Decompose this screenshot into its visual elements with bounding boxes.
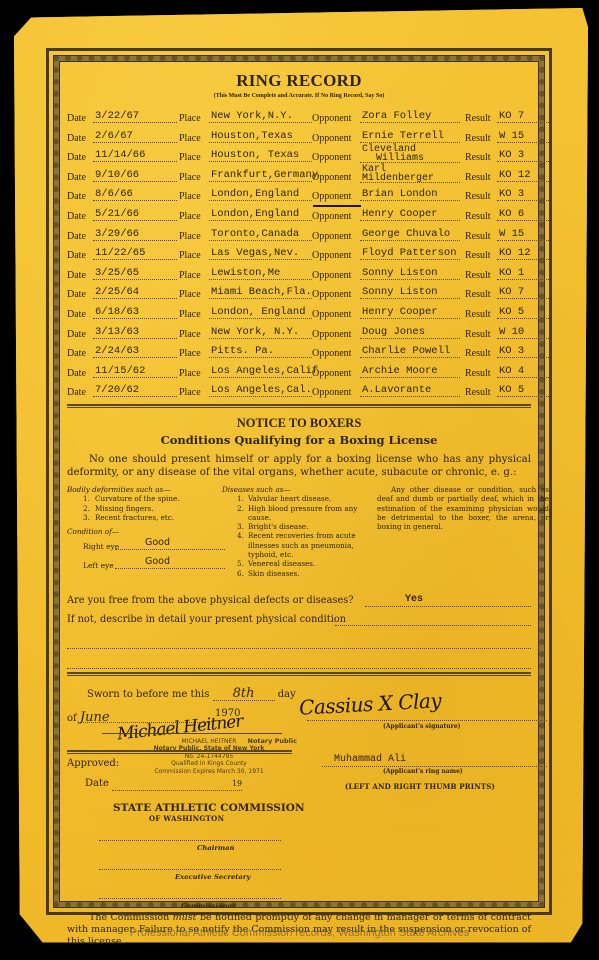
other-conditions-text: Any other disease or condition, such as …: [377, 485, 549, 531]
date-field[interactable]: 9/10/66: [93, 168, 177, 182]
place-field[interactable]: London,England: [209, 207, 312, 221]
ring-record-table: Date3/22/67PlaceNew York,N.Y.OpponentZor…: [67, 107, 531, 401]
opponent-field[interactable]: Sonny Liston: [360, 266, 460, 280]
table-row: Date2/24/63PlacePitts. Pa.OpponentCharli…: [67, 342, 531, 362]
decorative-border: RING RECORD (This Must Be Complete and A…: [46, 48, 552, 915]
table-row: Date3/25/65PlaceLewiston,MeOpponentSonny…: [67, 264, 531, 284]
list-item: 3.Recent fractures, etc.: [67, 513, 227, 522]
diseases-list: 1.Valvular heart disease. 2.High blood p…: [222, 494, 372, 578]
opponent-label: Opponent: [312, 329, 351, 340]
opponent-label: Opponent: [312, 172, 351, 183]
describe-condition-line-2[interactable]: [67, 629, 531, 649]
place-field[interactable]: Miami Beach,Fla.: [209, 285, 312, 299]
place-field[interactable]: Lewiston,Me: [209, 266, 312, 280]
diseases-heading: Diseases such as—: [222, 485, 372, 494]
page-title: RING RECORD: [67, 71, 531, 91]
list-item: 3.Bright's disease.: [222, 522, 372, 531]
place-label: Place: [179, 191, 201, 202]
opponent-field[interactable]: George Chuvalo: [360, 227, 460, 241]
result-label: Result: [465, 152, 491, 163]
result-label: Result: [465, 172, 491, 183]
place-field[interactable]: Los Angeles,Calif: [209, 364, 312, 378]
result-field[interactable]: KO 3: [497, 187, 549, 201]
place-field[interactable]: New York,N.Y.: [209, 109, 312, 123]
table-row: Date3/22/67PlaceNew York,N.Y.OpponentZor…: [67, 107, 531, 127]
place-field[interactable]: London, England: [209, 305, 312, 319]
opponent-label: Opponent: [312, 270, 351, 281]
opponent-label: Opponent: [312, 309, 351, 320]
table-row: Date2/6/67PlaceHouston,TexasOpponentErni…: [67, 127, 531, 147]
result-field[interactable]: W 15: [497, 129, 549, 143]
result-field[interactable]: KO 7: [497, 109, 549, 123]
commission-title: STATE ATHLETIC COMMISSION: [113, 802, 531, 814]
chairman-signature-line[interactable]: [99, 839, 281, 841]
opponent-field[interactable]: Brian London: [360, 187, 460, 201]
approved-label: Approved:: [67, 758, 119, 769]
applicant-signature-line[interactable]: [307, 720, 547, 721]
form-content: RING RECORD (This Must Be Complete and A…: [67, 65, 531, 902]
opponent-label: Opponent: [312, 289, 351, 300]
describe-condition-question: If not, describe in detail your present …: [67, 614, 346, 625]
table-row: Date3/13/63PlaceNew York, N.Y.OpponentDo…: [67, 323, 531, 343]
opponent-label: Opponent: [312, 211, 351, 222]
notary-signature-line: [102, 733, 282, 734]
date-field[interactable]: 3/13/63: [93, 325, 177, 339]
applicant-signature-caption: (Applicant's signature): [383, 723, 460, 730]
opponent-field[interactable]: Archie Moore: [360, 364, 460, 378]
executive-secretary-caption: Executive Secretary: [175, 873, 531, 881]
date-label: Date: [67, 348, 86, 359]
notary-stamp: Notary Public MICHAEL HEITNER Notary Pub…: [129, 738, 289, 775]
opponent-field[interactable]: A.Lavorante: [360, 383, 460, 397]
date-field[interactable]: 8/6/66: [93, 187, 177, 201]
place-label: Place: [179, 113, 201, 124]
free-from-defects-answer[interactable]: Yes: [365, 594, 531, 607]
date-label: Date: [67, 211, 86, 222]
table-row: Date11/15/62PlaceLos Angeles,CalifOppone…: [67, 362, 531, 382]
result-field[interactable]: KO 5: [497, 383, 549, 397]
place-label: Place: [179, 387, 201, 398]
opponent-field[interactable]: Sonny Liston: [360, 285, 460, 299]
section-divider: [67, 672, 531, 676]
describe-condition-field[interactable]: [335, 613, 531, 626]
date-field[interactable]: 11/14/66: [93, 148, 177, 162]
opponent-label: Opponent: [312, 152, 351, 163]
place-label: Place: [179, 250, 201, 261]
ink-strikethrough: [313, 205, 361, 207]
notice-intro: No one should present himself or apply f…: [67, 453, 531, 479]
list-item: 5.Venereal diseases.: [222, 559, 372, 568]
chairman-caption: Chairman: [197, 844, 531, 852]
opponent-label: Opponent: [312, 387, 351, 398]
date-field[interactable]: 5/21/66: [93, 207, 177, 221]
opponent-field[interactable]: Ernie Terrell: [360, 129, 460, 143]
table-row: Date2/25/64PlaceMiami Beach,Fla.Opponent…: [67, 283, 531, 303]
table-row: Date7/20/62PlaceLos Angeles,Cal.Opponent…: [67, 381, 531, 401]
place-label: Place: [179, 329, 201, 340]
executive-secretary-signature-line[interactable]: [99, 868, 281, 870]
sworn-line: Sworn to before me this 8th day: [87, 688, 296, 701]
deformities-list: 1.Curvature of the spine. 2.Missing fing…: [67, 494, 227, 522]
opponent-label: Opponent: [312, 348, 351, 359]
result-label: Result: [465, 329, 491, 340]
opponent-field[interactable]: Floyd Patterson: [360, 246, 460, 260]
page-subtitle: (This Must Be Complete and Accurate. If …: [67, 93, 531, 99]
table-row: Date5/21/66PlaceLondon,EnglandOpponentHe…: [67, 205, 531, 225]
opponent-field[interactable]: Henry Cooper: [360, 305, 460, 319]
place-field[interactable]: Frankfurt,Germany: [209, 168, 312, 182]
diseases-column: Diseases such as— 1.Valvular heart disea…: [222, 485, 372, 578]
date-label: Date: [67, 289, 86, 300]
right-eye-row: Right eye Good: [67, 538, 227, 553]
table-row: Date8/6/66PlaceLondon,EnglandOpponentBri…: [67, 185, 531, 205]
ring-name-caption: (Applicant's ring name): [383, 768, 463, 775]
result-label: Result: [465, 133, 491, 144]
result-label: Result: [465, 387, 491, 398]
result-label: Result: [465, 368, 491, 379]
date-field[interactable]: 2/24/63: [93, 344, 177, 358]
place-label: Place: [179, 270, 201, 281]
commissioner-caption: Commissioner: [181, 902, 531, 910]
result-label: Result: [465, 113, 491, 124]
date-field[interactable]: 2/6/67: [93, 129, 177, 143]
date-label: Date: [67, 191, 86, 202]
date-field[interactable]: 3/29/66: [93, 227, 177, 241]
list-item: 6.Skin diseases.: [222, 569, 372, 578]
result-label: Result: [465, 289, 491, 300]
date-label: Date: [67, 329, 86, 340]
result-label: Result: [465, 270, 491, 281]
left-eye-label: Left eye: [83, 561, 114, 570]
opponent-label: Opponent: [312, 250, 351, 261]
date-label: Date: [67, 387, 86, 398]
date-label: Date: [67, 133, 86, 144]
place-label: Place: [179, 211, 201, 222]
place-field[interactable]: Pitts. Pa.: [209, 344, 312, 358]
result-field[interactable]: KO 4: [497, 364, 549, 378]
applicant-signature: Cassius X Clay: [298, 688, 441, 719]
result-label: Result: [465, 211, 491, 222]
date-label: Date: [67, 309, 86, 320]
right-eye-field[interactable]: Good: [115, 538, 225, 550]
place-field[interactable]: Las Vegas,Nev.: [209, 246, 312, 260]
approval-date-field[interactable]: 19: [112, 779, 242, 791]
date-label: Date: [67, 231, 86, 242]
date-label: Date: [67, 270, 86, 281]
result-field[interactable]: KO 6: [497, 207, 549, 221]
date-label: Date: [67, 152, 86, 163]
place-label: Place: [179, 231, 201, 242]
result-field[interactable]: W 10: [497, 325, 549, 339]
date-label: Date: [67, 172, 86, 183]
place-field[interactable]: Houston,Texas: [209, 129, 312, 143]
opponent-label: Opponent: [312, 368, 351, 379]
place-label: Place: [179, 289, 201, 300]
date-label: Date: [67, 368, 86, 379]
table-row: Date6/18/63PlaceLondon, EnglandOpponentH…: [67, 303, 531, 323]
deformities-column: Bodily deformities such as— 1.Curvature …: [67, 485, 227, 572]
deformities-heading: Bodily deformities such as—: [67, 485, 227, 494]
table-row: Date11/22/65PlaceLas Vegas,Nev.OpponentF…: [67, 244, 531, 264]
free-from-defects-question: Are you free from the above physical def…: [67, 595, 354, 606]
result-label: Result: [465, 231, 491, 242]
result-label: Result: [465, 250, 491, 261]
opponent-label: Opponent: [312, 113, 351, 124]
commission-block: STATE ATHLETIC COMMISSION OF WASHINGTON …: [67, 802, 531, 910]
commission-subtitle: OF WASHINGTON: [149, 814, 531, 823]
table-row: Date3/29/66PlaceToronto,CanadaOpponentGe…: [67, 225, 531, 245]
date-field[interactable]: 3/25/65: [93, 266, 177, 280]
describe-condition-row: If not, describe in detail your present …: [67, 610, 531, 629]
notice-subheading: Conditions Qualifying for a Boxing Licen…: [67, 433, 531, 447]
result-field[interactable]: KO 1: [497, 266, 549, 280]
place-field[interactable]: New York, N.Y.: [209, 325, 312, 339]
result-label: Result: [465, 348, 491, 359]
place-label: Place: [179, 133, 201, 144]
place-label: Place: [179, 348, 201, 359]
ring-name-field[interactable]: Muhammad Ali: [322, 754, 547, 767]
date-field[interactable]: 7/20/62: [93, 383, 177, 397]
result-label: Result: [465, 191, 491, 202]
result-field[interactable]: KO 7: [497, 285, 549, 299]
result-field[interactable]: KO 5: [497, 305, 549, 319]
result-field[interactable]: KO 3: [497, 344, 549, 358]
describe-condition-line-3[interactable]: [67, 649, 531, 669]
opponent-label: Opponent: [312, 191, 351, 202]
date-field[interactable]: 6/18/63: [93, 305, 177, 319]
date-field[interactable]: 11/15/62: [93, 364, 177, 378]
place-field[interactable]: Los Angeles,Cal.: [209, 383, 312, 397]
place-field[interactable]: Houston, Texas: [209, 148, 312, 162]
date-field[interactable]: 3/22/67: [93, 109, 177, 123]
conditions-columns: Bodily deformities such as— 1.Curvature …: [67, 485, 531, 585]
place-label: Place: [179, 368, 201, 379]
commissioner-signature-line[interactable]: [99, 897, 281, 899]
place-label: Place: [179, 172, 201, 183]
section-divider: [67, 404, 531, 408]
condition-heading: Condition of—: [67, 527, 227, 536]
date-label: Date: [67, 250, 86, 261]
opponent-field[interactable]: Henry Cooper: [360, 207, 460, 221]
result-field[interactable]: W 15: [497, 227, 549, 241]
opponent-field[interactable]: Charlie Powell: [360, 344, 460, 358]
date-label: Date: [67, 113, 86, 124]
result-field[interactable]: KO 3: [497, 148, 549, 162]
list-item: 2.High blood pressure from any cause.: [222, 504, 372, 523]
left-eye-row: Left eye Good: [67, 557, 227, 572]
date-field[interactable]: 11/22/65: [93, 246, 177, 260]
result-field[interactable]: KO 12: [497, 246, 549, 260]
table-row: Date11/14/66PlaceHouston, TexasOpponentC…: [67, 146, 531, 166]
archive-credit: Professional Athletic Commission records…: [0, 927, 599, 939]
opponent-field[interactable]: ClevelandWilliams: [360, 145, 460, 163]
notice-heading: NOTICE TO BOXERS: [67, 416, 531, 431]
list-item: 2.Missing fingers.: [67, 504, 227, 513]
opponent-field[interactable]: KarlMildenberger: [360, 165, 460, 183]
table-row: Date9/10/66PlaceFrankfurt,GermanyOpponen…: [67, 166, 531, 186]
opponent-label: Opponent: [312, 133, 351, 144]
place-field[interactable]: Toronto,Canada: [209, 227, 312, 241]
thumb-prints-label: (LEFT AND RIGHT THUMB PRINTS): [345, 782, 495, 791]
opponent-field[interactable]: Doug Jones: [360, 325, 460, 339]
opponent-label: Opponent: [312, 231, 351, 242]
list-item: 4.Recent recoveries from acute illnesses…: [222, 531, 372, 559]
sworn-day-field[interactable]: 8th: [213, 688, 275, 701]
place-field[interactable]: London,England: [209, 187, 312, 201]
list-item: 1.Valvular heart disease.: [222, 494, 372, 503]
approved-divider: [67, 750, 292, 754]
free-from-defects-row: Are you free from the above physical def…: [67, 591, 531, 610]
left-eye-field[interactable]: Good: [115, 557, 225, 569]
result-field[interactable]: KO 12: [497, 168, 549, 182]
opponent-field[interactable]: Zora Folley: [360, 109, 460, 123]
oath-section: Sworn to before me this 8th day of June …: [67, 680, 531, 802]
approval-date-row: Date 19: [85, 778, 242, 791]
result-label: Result: [465, 309, 491, 320]
place-label: Place: [179, 309, 201, 320]
right-eye-label: Right eye: [83, 542, 119, 551]
place-label: Place: [179, 152, 201, 163]
date-field[interactable]: 2/25/64: [93, 285, 177, 299]
list-item: 1.Curvature of the spine.: [67, 494, 227, 503]
